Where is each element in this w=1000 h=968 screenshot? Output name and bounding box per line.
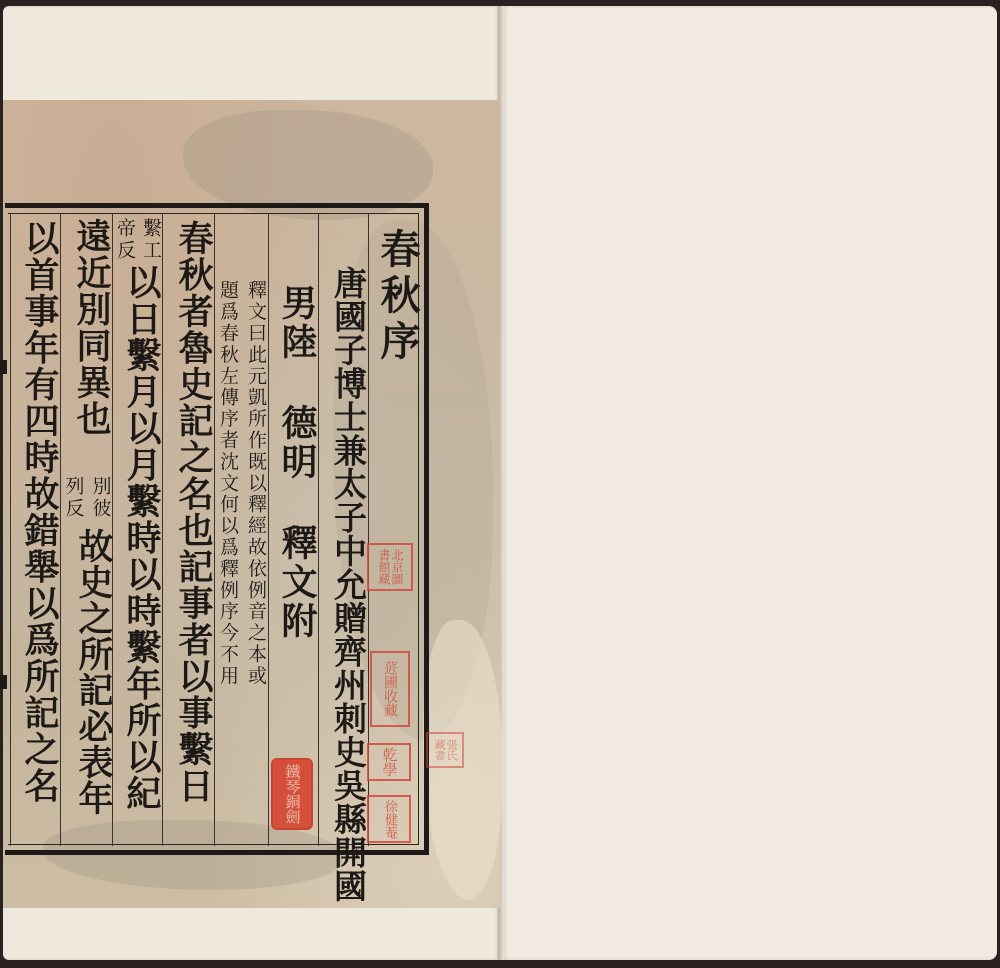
column-main-text-4: 以首事年有四時故錯舉以爲所記之名 bbox=[10, 214, 61, 846]
book-spread: 春秋序 唐國子博士兼太子中允贈齊州刺史吳縣開國 男陸 德明 釋文附 釋文曰此元凱… bbox=[0, 0, 1000, 968]
main-text: 遠近別同異也 bbox=[61, 218, 113, 437]
commentator-name: 男陸 bbox=[269, 284, 319, 362]
collector-seal: 北京圖書館藏 bbox=[367, 543, 413, 591]
column-author-line: 唐國子博士兼太子中允贈齊州刺史吳縣開國 bbox=[318, 214, 369, 846]
main-text: 春秋者魯史記之名也記事者以事繫日 bbox=[163, 220, 215, 804]
phonetic-note-right: 繫工 bbox=[140, 218, 162, 262]
annotation-left: 題爲春秋左傳序者沈文何以爲釋例序今不用 bbox=[217, 280, 239, 687]
phonetic-note-left: 帝反 bbox=[114, 218, 136, 262]
column-main-text-1: 春秋者魯史記之名也記事者以事繫日 bbox=[162, 214, 215, 846]
main-text: 以日繫月以月繫時以時繫年所以紀 bbox=[113, 264, 163, 812]
column-commentator: 男陸 德明 釋文附 bbox=[268, 214, 319, 846]
collector-seal-solid: 鐵琴銅劍 bbox=[271, 758, 313, 830]
author-attribution: 唐國子博士兼太子中允贈齊州刺史吳縣開國 bbox=[319, 266, 369, 903]
collector-seal-outside: 張氏藏書 bbox=[426, 732, 464, 768]
collector-seal: 菦圃收藏 bbox=[370, 651, 410, 727]
phonetic-note-right: 別彼 bbox=[90, 476, 112, 520]
column-main-text-3: 遠近別同異也 別彼 列反 故史之所記必表年 bbox=[60, 214, 113, 846]
column-main-text-2: 繫工 帝反 以日繫月以月繫時以時繫年所以紀 bbox=[112, 214, 163, 846]
page-title: 春秋序 bbox=[369, 228, 421, 366]
shiwen-appended: 釋文附 bbox=[269, 524, 319, 641]
column-annotation: 釋文曰此元凱所作既以釋經故依例音之本或 題爲春秋左傳序者沈文何以爲釋例序今不用 bbox=[214, 214, 269, 846]
collector-seal: 徐健菴 bbox=[367, 795, 411, 843]
main-text: 故史之所記必表年 bbox=[61, 528, 113, 816]
collector-seal: 乾學 bbox=[367, 743, 411, 781]
main-text: 以首事年有四時故錯舉以爲所記之名 bbox=[11, 220, 61, 804]
annotation-right: 釋文曰此元凱所作既以釋經故依例音之本或 bbox=[245, 280, 267, 687]
right-blank-leaf bbox=[503, 6, 997, 960]
commentator-courtesy-name: 德明 bbox=[269, 404, 319, 482]
phonetic-note-left: 列反 bbox=[63, 476, 85, 520]
